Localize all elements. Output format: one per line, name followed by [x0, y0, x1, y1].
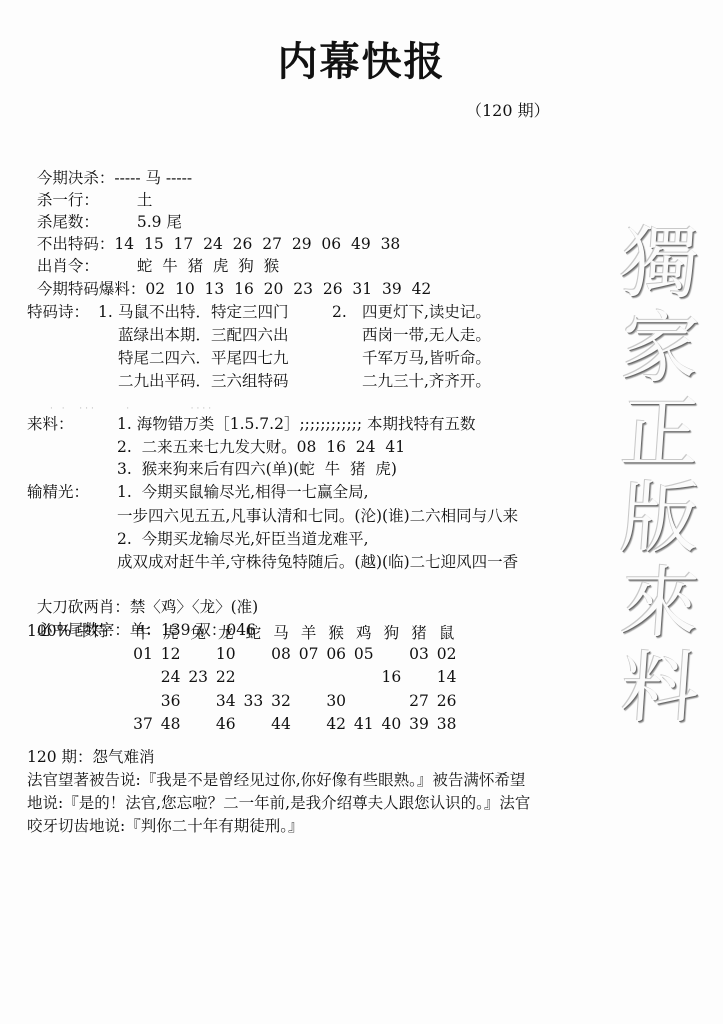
poem-right-line: 四更灯下,读史记。: [362, 301, 491, 323]
issue-number: （120 期）: [466, 98, 550, 121]
source-label: 来料：: [27, 413, 74, 435]
grid-cell: 30: [323, 692, 349, 710]
burst-line: 今期特码爆料：02 10 13 16 20 23 26 31 39 42: [27, 256, 431, 300]
grid-header: 猴: [323, 621, 349, 643]
grid-header: 龙: [213, 621, 239, 643]
grid-cell: 41: [351, 715, 377, 733]
grid-cell: 38: [434, 715, 460, 733]
story-line: 地说:『是的！法官,您忘啦？二一年前,是我介绍尊夫人跟您认识的。』法官: [27, 792, 530, 814]
burst-label: 今期特码爆料：: [37, 278, 146, 300]
grid-cell: 22: [213, 668, 239, 686]
poem-label: 特码诗：: [27, 301, 89, 323]
banner-char: 料: [609, 647, 711, 732]
poem-right-line: 千军万马,皆听命。: [362, 347, 491, 369]
grid-cell: 44: [268, 715, 294, 733]
zodiac-grid-label: 100% 中特：: [27, 620, 123, 642]
grid-cell: 06: [323, 645, 349, 663]
grid-cell: 14: [434, 668, 460, 686]
grid-header: 鼠: [434, 621, 460, 643]
poem-right-num: 2.: [332, 301, 347, 323]
grid-header: 鸡: [351, 621, 377, 643]
poem-right-line: 西岗一带,无人走。: [362, 324, 491, 346]
story-line: 法官望著被告说:『我是不是曾经见过你,你好像有些眼熟。』被告满怀希望: [27, 769, 525, 791]
grid-cell: 34: [213, 692, 239, 710]
grid-header: 狗: [378, 621, 404, 643]
grid-cell: 37: [130, 715, 156, 733]
grid-header: 猪: [406, 621, 432, 643]
grid-cell: 40: [378, 715, 404, 733]
banner-char: 版: [609, 477, 711, 562]
grid-cell: 48: [158, 715, 184, 733]
burst-value: 02 10 13 16 20 23 26 31 39 42: [145, 280, 431, 298]
lose-label: 输精光：: [27, 481, 89, 503]
banner-char: 正: [609, 392, 711, 477]
grid-cell: 23: [185, 668, 211, 686]
banner-char: 家: [609, 307, 711, 392]
grid-cell: 05: [351, 645, 377, 663]
grid-cell: 02: [434, 645, 460, 663]
grid-cell: 39: [406, 715, 432, 733]
grid-cell: 26: [434, 692, 460, 710]
grid-cell: 16: [378, 668, 404, 686]
grid-cell: 08: [268, 645, 294, 663]
lose-line: 1. 今期买鼠输尽光,相得一七赢全局,: [117, 481, 369, 503]
grid-cell: 27: [406, 692, 432, 710]
banner-char: 獨: [609, 222, 711, 307]
poem-left-line: 蓝绿出本期．三配四六出: [118, 324, 289, 346]
story-heading: 120 期：怨气难消: [27, 746, 155, 768]
grid-header: 牛: [130, 621, 156, 643]
grid-cell: 33: [240, 692, 266, 710]
grid-cell: 36: [158, 692, 184, 710]
lose-line: 一步四六见五五,凡事认清和七同。(沦)(谁)二六相同与八来: [117, 505, 518, 527]
grid-header: 羊: [296, 621, 322, 643]
grid-header: 蛇: [240, 621, 266, 643]
source-item: 3. 猴来狗来后有四六(单)(蛇 牛 猪 虎): [117, 458, 397, 480]
grid-header: 马: [268, 621, 294, 643]
grid-header: 兔: [185, 621, 211, 643]
grid-cell: 46: [213, 715, 239, 733]
source-item: 1. 海物错万类［1.5.7.2］;;;;;;;;;;;; 本期找特有五数: [117, 413, 476, 435]
poem-right-line: 二九三十,齐齐开。: [362, 370, 491, 392]
grid-header: 虎: [158, 621, 184, 643]
page-title: 内幕快报: [0, 30, 723, 87]
grid-cell: 01: [130, 645, 156, 663]
story-line: 咬牙切齿地说:『判你二十年有期徒刑。』: [27, 815, 303, 837]
grid-cell: 10: [213, 645, 239, 663]
grid-cell: 03: [406, 645, 432, 663]
poem-left-line: 马鼠不出特．特定三四门: [118, 301, 289, 323]
poem-left-line: 二九出平码．三六组特码: [118, 370, 289, 392]
poem-left-line: 特尾二四六．平尾四七九: [118, 347, 289, 369]
banner-char: 來: [609, 562, 711, 647]
lose-line: 2. 今期买龙输尽光,奸臣当道龙难平,: [117, 528, 369, 550]
poem-left-num: 1.: [98, 301, 113, 323]
grid-cell: 32: [268, 692, 294, 710]
grid-cell: 24: [158, 668, 184, 686]
grid-cell: 12: [158, 645, 184, 663]
side-banner: 獨 家 正 版 來 料: [612, 222, 708, 732]
grid-cell: 07: [296, 645, 322, 663]
lose-line: 成双成对赶牛羊,守株待兔特随后。(越)(临)二七迎风四一香: [117, 551, 518, 573]
source-item: 2. 二来五来七九发大财。08 16 24 41: [117, 436, 405, 458]
grid-cell: 42: [323, 715, 349, 733]
